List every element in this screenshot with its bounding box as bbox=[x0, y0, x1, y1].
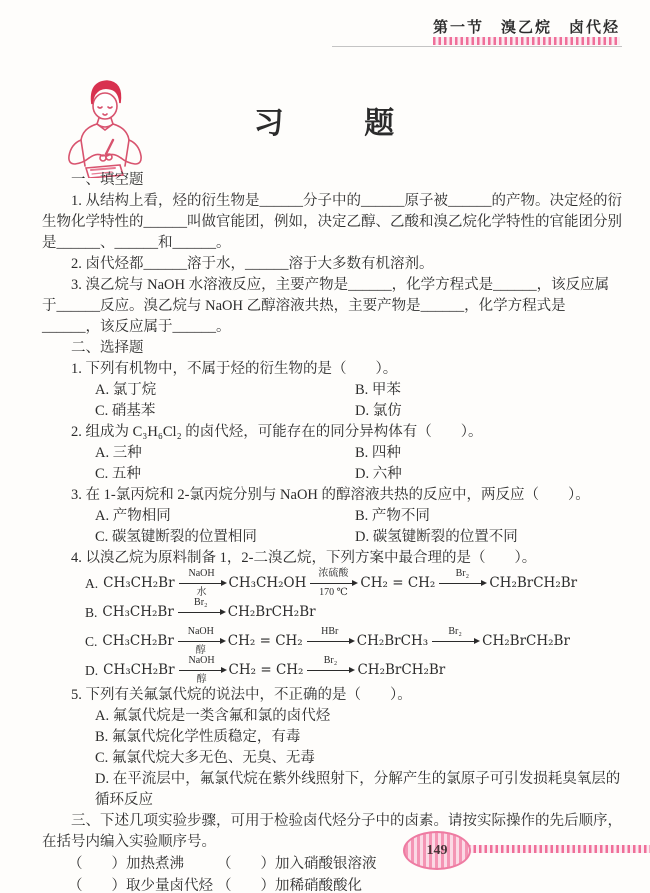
option-label: A. bbox=[85, 573, 98, 594]
experiment-step-1: （ ）加热煮沸 bbox=[68, 853, 217, 875]
fill-question-2: 2. 卤代烃都______溶于水，______溶于大多数有机溶剂。 bbox=[42, 254, 622, 275]
experiment-step-3: （ ）取少量卤代烃 bbox=[68, 875, 217, 893]
choice-q4-option-d-reaction: D. CH₃CH₂Br NaOH醇 CH₂ = CH₂ Br₂ CH₂BrCH₂… bbox=[85, 656, 622, 685]
choice-q5-option-d: D. 在平流层中，氟氯代烷在紫外线照射下，分解产生的氯原子可引发损耗臭氧层的循环… bbox=[95, 769, 622, 811]
choice-q3-option-d: D. 碳氢键断裂的位置不同 bbox=[355, 527, 622, 548]
formula: CH₂BrCH₂Br bbox=[228, 602, 316, 623]
choice-q2-option-c: C. 五种 bbox=[95, 464, 355, 485]
formula: CH₃CH₂Br bbox=[102, 631, 173, 652]
choice-q3-option-c: C. 碳氢键断裂的位置相同 bbox=[95, 527, 355, 548]
reaction-arrow: 浓硫酸170 ℃ bbox=[309, 567, 357, 600]
section-fill-heading: 一、填空题 bbox=[42, 170, 622, 191]
choice-q3-options: A. 产物相同 B. 产物不同 C. 碳氢键断裂的位置相同 D. 碳氢键断裂的位… bbox=[42, 506, 622, 548]
choice-q1-option-d: D. 氯仿 bbox=[355, 401, 622, 422]
formula: CH₃CH₂Br bbox=[103, 660, 174, 681]
formula: CH₃CH₂OH bbox=[229, 573, 307, 594]
choice-q5-option-b: B. 氟氯代烷化学性质稳定，有毒 bbox=[95, 727, 622, 748]
page-title: 习 题 bbox=[0, 98, 650, 142]
choice-q1-stem: 1. 下列有机物中，不属于烃的衍生物的是（ ）。 bbox=[42, 359, 622, 380]
choice-q4-option-a-reaction: A. CH₃CH₂Br NaOH水 CH₃CH₂OH 浓硫酸170 ℃ CH₂ … bbox=[85, 569, 622, 598]
arrow-line bbox=[178, 641, 224, 642]
header-pink-striped-band bbox=[433, 37, 620, 45]
choice-q1-option-c: C. 硝基苯 bbox=[95, 401, 355, 422]
formula: CH₃CH₂Br bbox=[102, 602, 173, 623]
choice-q3-option-a: A. 产物相同 bbox=[95, 506, 355, 527]
choice-q4-option-c-reaction: C. CH₃CH₂Br NaOH醇 CH₂ = CH₂ HBr CH₂BrCH₃… bbox=[85, 627, 622, 656]
formula: CH₂ = CH₂ bbox=[360, 573, 435, 594]
arrow-line bbox=[179, 583, 225, 584]
choice-q4-stem: 4. 以溴乙烷为原料制备 1，2-二溴乙烷，下列方案中最合理的是（ ）。 bbox=[42, 548, 622, 569]
reaction-arrow: NaOH醇 bbox=[178, 654, 226, 687]
formula: CH₂ = CH₂ bbox=[229, 660, 304, 681]
section-choice-heading: 二、选择题 bbox=[42, 338, 622, 359]
choice-q5-option-c: C. 氟氯代烷大多无色、无臭、无毒 bbox=[95, 748, 622, 769]
choice-q1-option-b: B. 甲苯 bbox=[355, 380, 622, 401]
choice-q2-options: A. 三种 B. 四种 C. 五种 D. 六种 bbox=[42, 443, 622, 485]
arrow-line bbox=[178, 612, 224, 613]
experiment-step-4: （ ）加稀硝酸酸化 bbox=[217, 875, 622, 893]
choice-q5-stem: 5. 下列有关氟氯代烷的说法中，不正确的是（ ）。 bbox=[42, 685, 622, 706]
formula: CH₂BrCH₂Br bbox=[489, 573, 577, 594]
reaction-arrow: Br₂ bbox=[431, 625, 479, 658]
option-label: C. bbox=[85, 631, 97, 652]
exercise-content: 一、填空题 1. 从结构上看，烃的衍生物是______分子中的______原子被… bbox=[42, 170, 622, 893]
chapter-header: 第一节 溴乙烷 卤代烃 bbox=[433, 16, 620, 37]
formula: CH₂ = CH₂ bbox=[228, 631, 303, 652]
choice-q3-option-b: B. 产物不同 bbox=[355, 506, 622, 527]
choice-q5-options: A. 氟氯代烷是一类含氟和氯的卤代烃 B. 氟氯代烷化学性质稳定，有毒 C. 氟… bbox=[42, 706, 622, 811]
arrow-line bbox=[310, 583, 356, 584]
arrow-line bbox=[307, 641, 353, 642]
formula: CH₃CH₂Br bbox=[103, 573, 174, 594]
reaction-arrow: Br₂ bbox=[438, 567, 486, 600]
arrow-line bbox=[432, 641, 478, 642]
choice-q2-option-a: A. 三种 bbox=[95, 443, 355, 464]
textbook-page: 第一节 溴乙烷 卤代烃 习 题 一、填空题 1. 从结构 bbox=[0, 0, 650, 893]
choice-q1-options: A. 氯丁烷 B. 甲苯 C. 硝基苯 D. 氯仿 bbox=[42, 380, 622, 422]
page-number-badge: 149 bbox=[403, 831, 471, 870]
fill-question-1: 1. 从结构上看，烃的衍生物是______分子中的______原子被______… bbox=[42, 191, 622, 254]
choice-q3-stem: 3. 在 1-氯丙烷和 2-氯丙烷分别与 NaOH 的醇溶液共热的反应中，两反应… bbox=[42, 485, 622, 506]
arrow-line bbox=[179, 670, 225, 671]
choice-q5-option-a: A. 氟氯代烷是一类含氟和氯的卤代烃 bbox=[95, 706, 622, 727]
experiment-steps: （ ）加热煮沸 （ ）加入硝酸银溶液 （ ）取少量卤代烃 （ ）加稀硝酸酸化 bbox=[68, 853, 622, 893]
formula: CH₂BrCH₂Br bbox=[482, 631, 570, 652]
reaction-arrow: Br₂ bbox=[306, 654, 354, 687]
formula: CH₂BrCH₃ bbox=[357, 631, 428, 652]
option-label: D. bbox=[85, 660, 98, 681]
header-divider-line bbox=[332, 46, 622, 47]
formula: CH₂BrCH₂Br bbox=[357, 660, 445, 681]
arrow-line bbox=[439, 583, 485, 584]
fill-question-3: 3. 溴乙烷与 NaOH 水溶液反应，主要产物是______，化学方程式是___… bbox=[42, 275, 622, 338]
choice-q2-option-d: D. 六种 bbox=[355, 464, 622, 485]
arrow-line bbox=[307, 670, 353, 671]
option-label: B. bbox=[85, 602, 97, 623]
choice-q2-option-b: B. 四种 bbox=[355, 443, 622, 464]
choice-q1-option-a: A. 氯丁烷 bbox=[95, 380, 355, 401]
choice-q4-option-b-reaction: B. CH₃CH₂Br Br₂ CH₂BrCH₂Br bbox=[85, 598, 622, 627]
choice-q2-stem: 2. 组成为 C₃H₆Cl₂ 的卤代烃，可能存在的同分异构体有（ ）。 bbox=[42, 422, 622, 443]
